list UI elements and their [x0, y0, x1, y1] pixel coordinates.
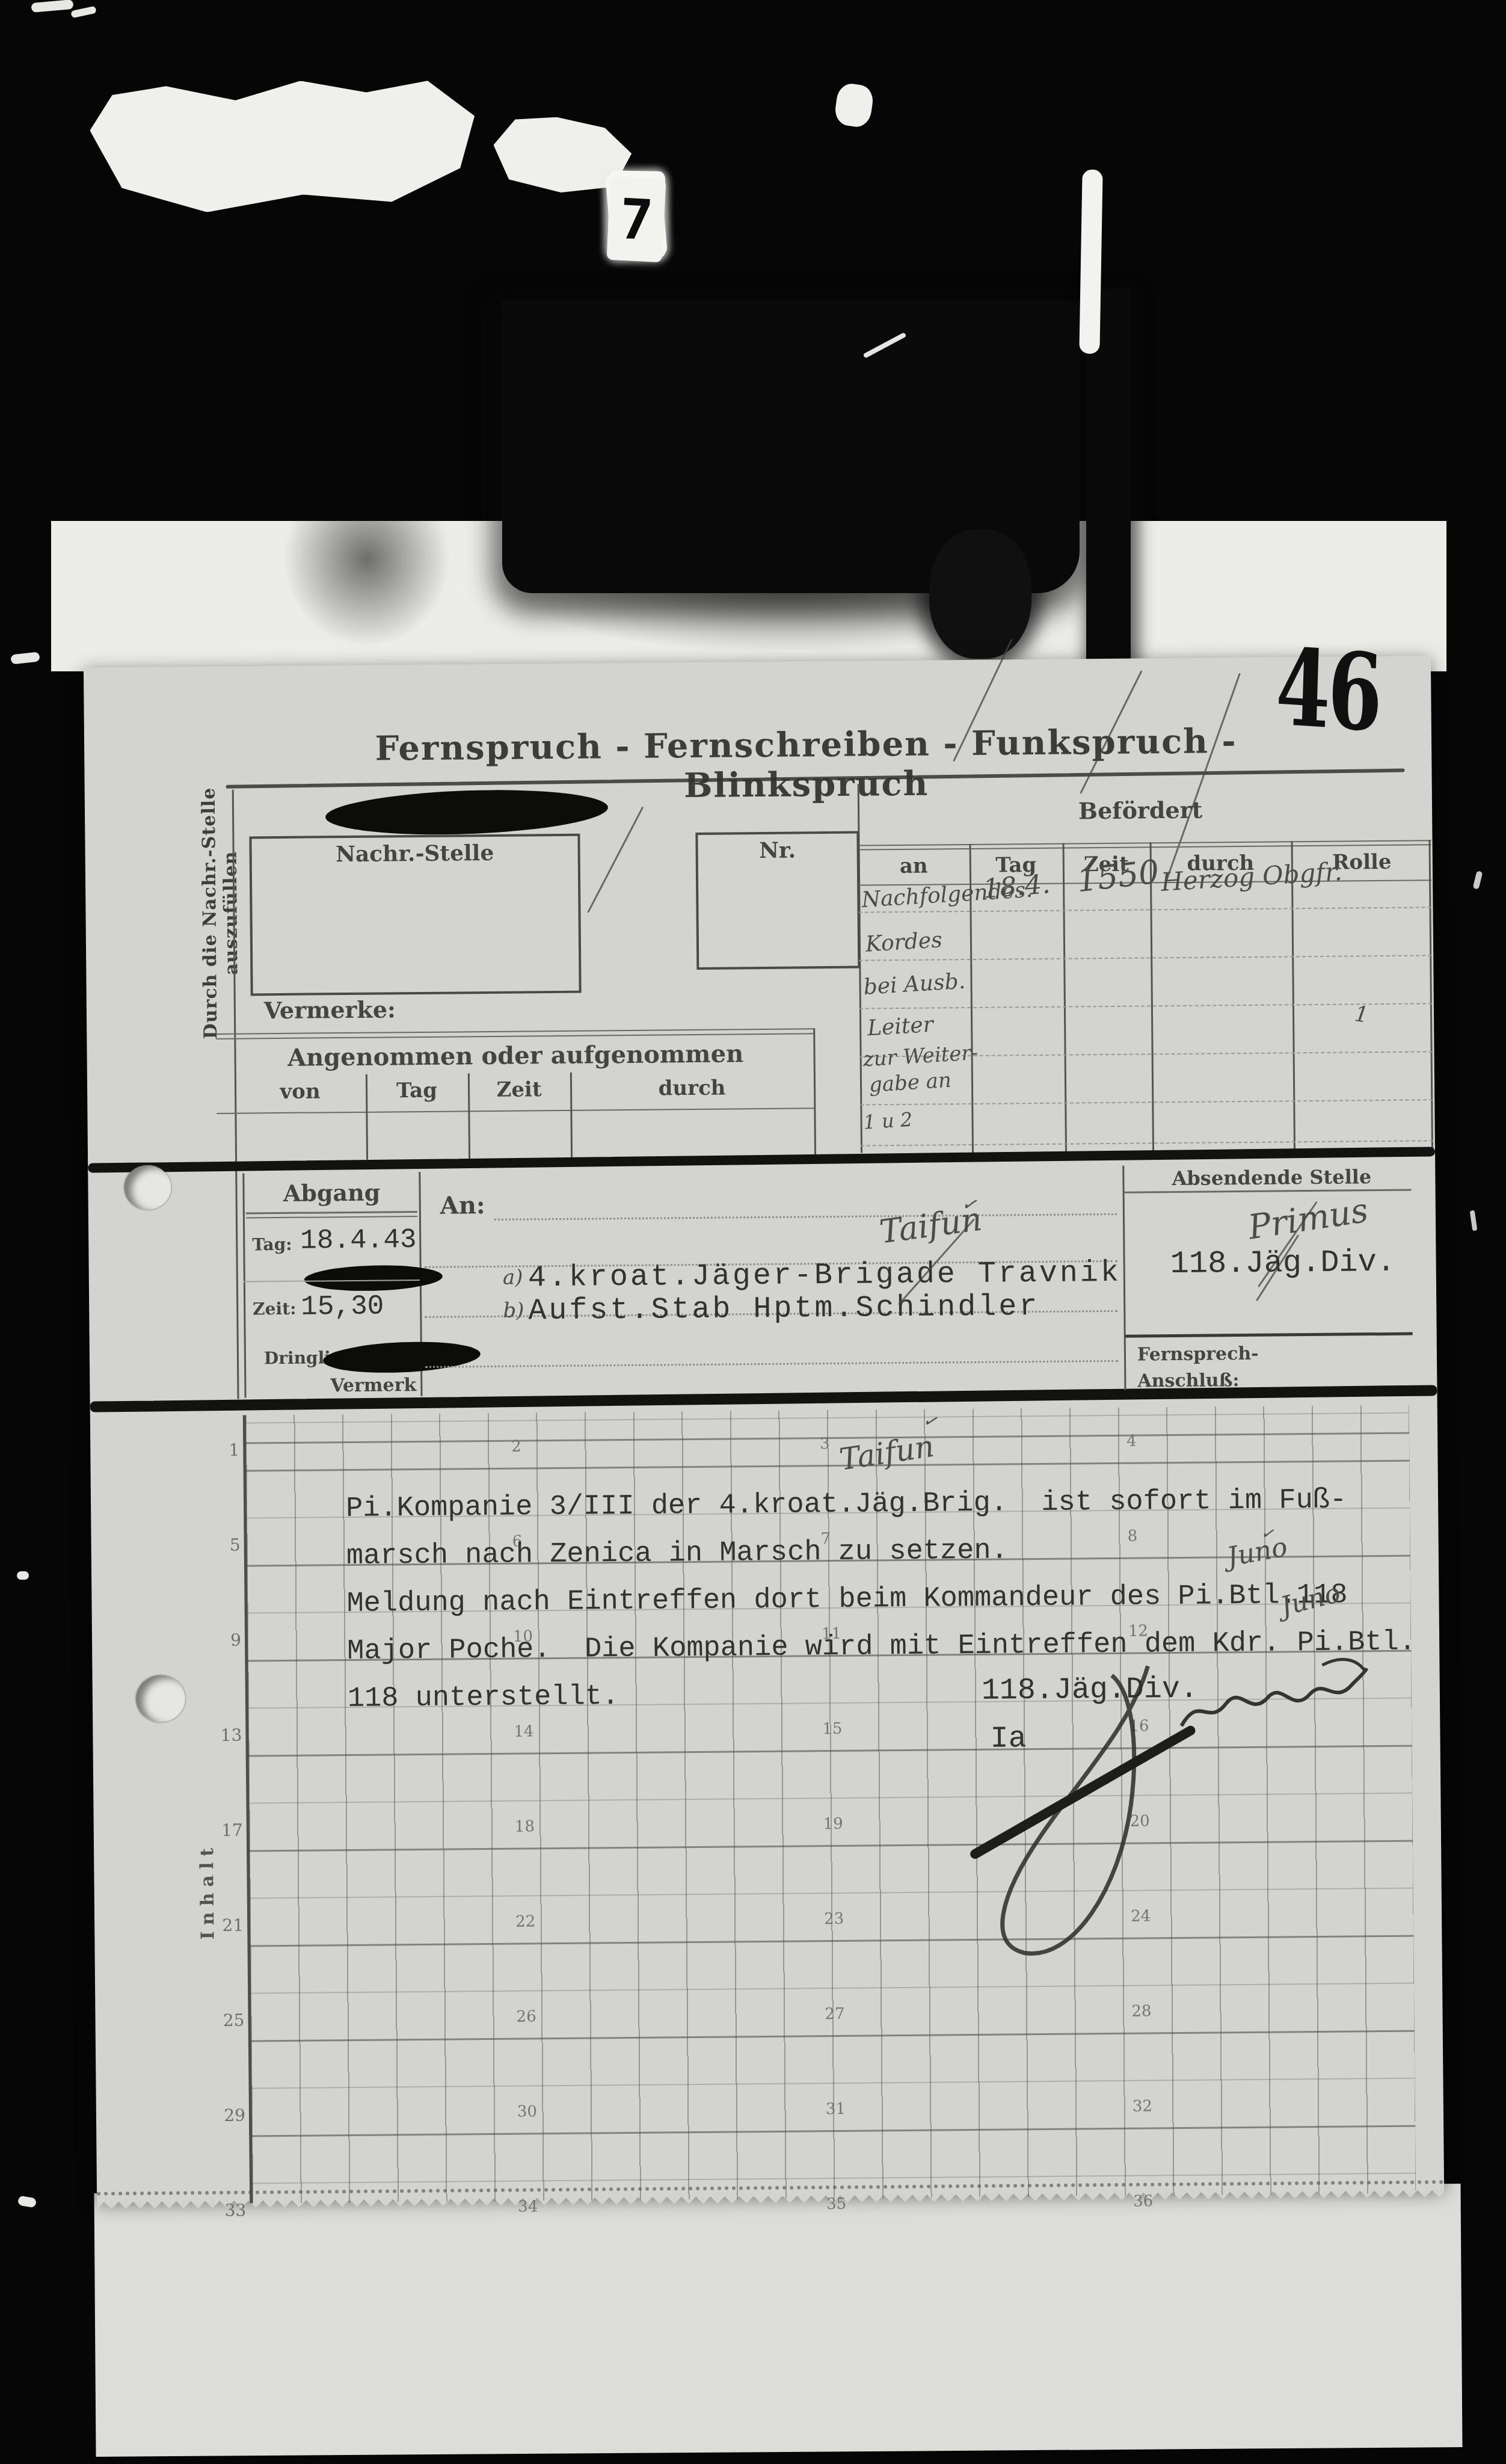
abgang-zeit-value: 15,30 [301, 1291, 384, 1323]
ink-redaction-mark [304, 1264, 443, 1293]
table-right-border [813, 1028, 816, 1156]
anschluss-label: Anschluß: [1137, 1370, 1239, 1391]
message-form-sheet: 46 Fernspruch - Fernschreiben - Funkspru… [84, 656, 1444, 2200]
codeword-primus: Primus [1246, 1191, 1371, 1248]
film-counter-shadow [929, 529, 1031, 659]
table-row-line [861, 1140, 1433, 1146]
double-rule [216, 1033, 814, 1039]
befoerdert-an-entries: Nachfolgendes.Kordesbei Ausb.Leiterzur W… [861, 873, 1068, 1127]
abgang-tag-value: 18.4.43 [300, 1224, 417, 1257]
film-frame-counter: 000417 [609, 171, 970, 261]
film-counter-highlight [1079, 170, 1102, 354]
signature-flourish [949, 1654, 1211, 1975]
left-margin-instruction: Durch die Nachr.-Stelle auszufüllen [198, 745, 223, 1082]
punch-hole [136, 1675, 186, 1722]
nachr-stelle-box: Nachr.-Stelle [249, 834, 581, 996]
an-label: An: [440, 1191, 485, 1220]
col-header-von: von [240, 1079, 360, 1104]
nr-label: Nr. [698, 837, 856, 864]
abgang-title: Abgang [268, 1178, 395, 1207]
abgang-zeit-label: Zeit: [253, 1299, 296, 1319]
befoerdert-tag-entry: 18.4. [982, 869, 1051, 905]
scanned-document-page: 000417 46 Fernspruch - Fernschreiben - F… [0, 0, 1506, 2464]
befoerdert-title: Befördert [1020, 796, 1261, 825]
rule [1125, 1332, 1413, 1338]
scan-speck [17, 2196, 37, 2208]
writing-line [494, 1213, 1117, 1221]
an-marker-b: b) [503, 1298, 524, 1322]
pen-stroke [587, 807, 644, 913]
scan-speck [1473, 870, 1483, 890]
underlying-sheet [94, 2184, 1462, 2457]
angenommen-title: Angenommen oder aufgenommen [216, 1039, 814, 1073]
ink-redaction-mark [322, 1339, 481, 1376]
writing-line [425, 1360, 1118, 1368]
fernsprech-label: Fernsprech- [1137, 1343, 1259, 1366]
absender-unit: 118.Jäg.Div. [1170, 1245, 1395, 1282]
nachr-stelle-label: Nachr.-Stelle [251, 840, 577, 868]
torn-paper-strip [89, 77, 476, 214]
scan-smudge [283, 521, 451, 647]
table-rule [217, 1107, 815, 1114]
vermerke-label: Vermerke: [264, 996, 396, 1024]
col-header-zeit: Zeit [468, 1077, 570, 1102]
abgang-underline [246, 1211, 417, 1214]
table-right-border [1429, 840, 1434, 1150]
abgang-tag-label: Tag: [252, 1234, 292, 1255]
scan-speck [1470, 1210, 1478, 1231]
scan-speck [17, 1571, 29, 1580]
abgang-underline [246, 1216, 417, 1218]
scan-speck [70, 6, 97, 18]
vermerk-label: Vermerk [330, 1375, 416, 1396]
section-divider [1122, 1166, 1126, 1390]
scan-speck [10, 652, 40, 665]
signature-script [1172, 1655, 1377, 1753]
an-marker-a: a) [503, 1265, 523, 1289]
abgang-box-line [242, 1174, 246, 1398]
col-header-durch: durch [570, 1075, 814, 1101]
grid-margin-numbers: 159131721252933 [206, 1440, 246, 2222]
scan-speck [31, 0, 73, 13]
absender-title: Absendende Stelle [1127, 1165, 1416, 1190]
befoerdert-rolle-mark: 1 [1353, 1002, 1369, 1028]
col-header-tag: Tag [366, 1078, 468, 1103]
an-line-b: Aufst.Stab Hptm.Schindler [528, 1290, 1040, 1328]
check-mark-icon: ✓ [1260, 1524, 1276, 1544]
torn-paper-strip [833, 82, 874, 129]
nr-box: Nr. [695, 831, 860, 970]
punch-hole [124, 1165, 171, 1210]
